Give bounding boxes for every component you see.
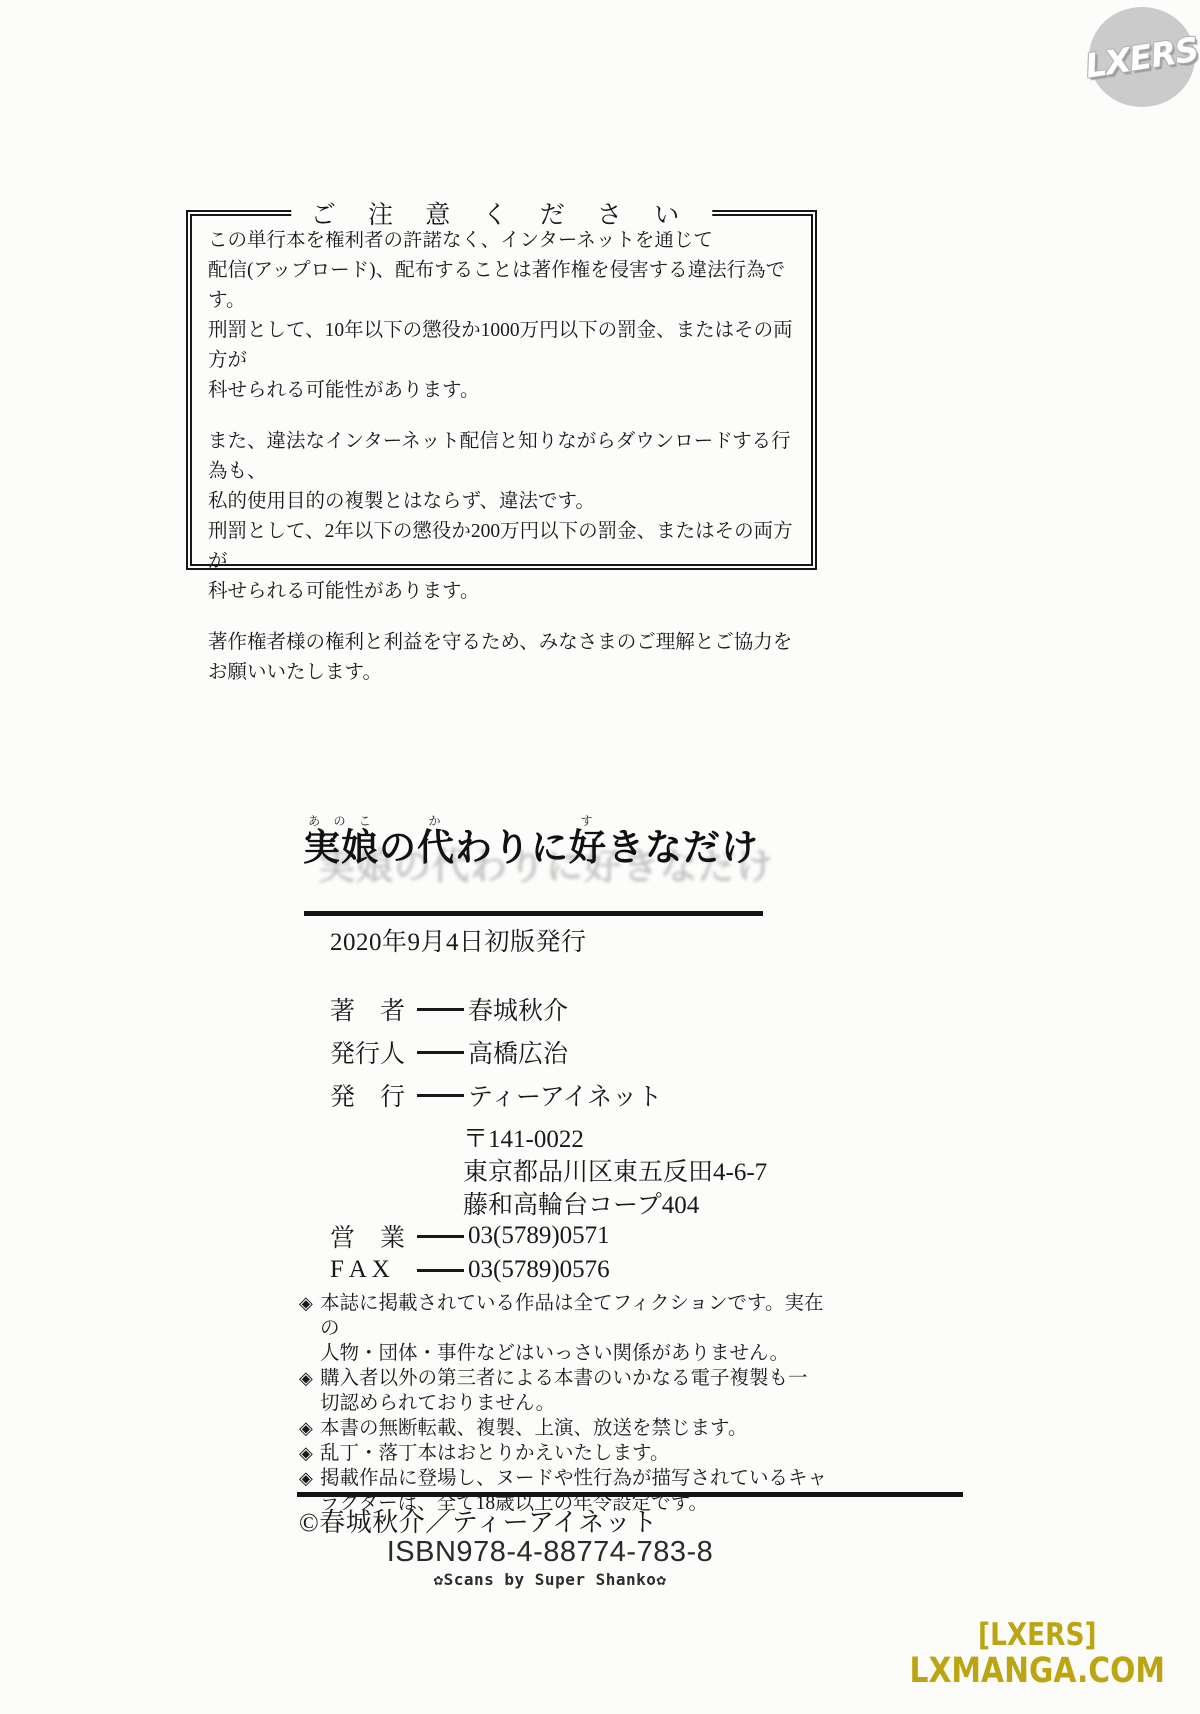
diamond-bullet-icon: ◈ (299, 1291, 313, 1316)
publisher-label: 発行人 (330, 1034, 408, 1070)
dash-rule (417, 1008, 464, 1011)
dash-rule (417, 1051, 464, 1054)
site-watermark-url: LXMANGA.COM (910, 1654, 1165, 1689)
site-watermark: [LXERS] LXMANGA.COM (887, 1620, 1188, 1689)
warning-paragraph-2: また、違法なインターネット配信と知りながらダウンロードする行為も、 私的使用目的… (208, 427, 795, 607)
lxers-logo-text: LXERS (1083, 29, 1200, 85)
title-segment: わりに (455, 826, 569, 869)
scans-credit: ✿Scans by Super Shanko✿ (310, 1570, 790, 1589)
fax-row: F A X 03(5789)0576 (330, 1256, 610, 1284)
note-item: ◈購入者以外の第三者による本書のいかなる電子複製も一 切認められておりません。 (299, 1366, 829, 1416)
dash-rule (417, 1235, 464, 1238)
sales-label: 営 業 (330, 1218, 408, 1254)
bottom-rule (297, 1492, 963, 1497)
title-segment: 実娘あのこ (303, 826, 379, 869)
title-segment: 代か (417, 826, 455, 869)
fax-value: 03(5789)0576 (468, 1256, 610, 1284)
title-segment: の (379, 826, 417, 869)
author-label: 著 者 (330, 991, 408, 1027)
diamond-bullet-icon: ◈ (299, 1441, 313, 1466)
warning-paragraph-1: この単行本を権利者の許諾なく、インターネットを通じて 配信(アップロード)、配布… (208, 226, 795, 406)
note-item: ◈本誌に掲載されている作品は全てフィクションです。実在の 人物・団体・事件などは… (299, 1291, 829, 1366)
publishing-value: ティーアイネット (468, 1077, 662, 1113)
publishing-house-row: 発 行 ティーアイネット (330, 1077, 662, 1113)
diamond-bullet-icon: ◈ (299, 1416, 313, 1441)
book-title: 実娘あのこの代かわりに好すきなだけ (303, 814, 759, 871)
copyright-line: ©春城秋介／ティーアイネット (299, 1502, 658, 1539)
diamond-bullet-icon: ◈ (299, 1366, 313, 1391)
title-segment: きなだけ (607, 826, 759, 869)
publisher-value: 高橋広治 (468, 1034, 568, 1070)
warning-box-title: ご 注 意 く だ さ い (291, 195, 713, 231)
isbn-number: ISBN978-4-88774-783-8 (310, 1536, 790, 1569)
copyright-warning-box: ご 注 意 く だ さ い この単行本を権利者の許諾なく、インターネットを通じて… (186, 210, 817, 570)
fax-label: F A X (330, 1256, 408, 1284)
postal-code: 〒141-0022 (463, 1119, 584, 1155)
title-underline-rule (304, 911, 763, 916)
warning-paragraph-3: 著作権者様の権利と利益を守るため、みなさまのご理解とご協力を お願いいたします。 (208, 628, 795, 688)
lxers-logo-stamp: LXERS (1089, 7, 1195, 107)
author-value: 春城秋介 (468, 991, 568, 1027)
publication-date: 2020年9月4日初版発行 (330, 922, 587, 958)
sales-value: 03(5789)0571 (468, 1222, 610, 1250)
dash-rule (417, 1269, 464, 1272)
site-watermark-tag: [LXERS] (910, 1620, 1165, 1651)
author-row: 著 者 春城秋介 (330, 991, 568, 1027)
publisher-row: 発行人 高橋広治 (330, 1034, 568, 1070)
colophon-page: LXERS ご 注 意 く だ さ い この単行本を権利者の許諾なく、インターネ… (0, 0, 1200, 1714)
address-line-1: 東京都品川区東五反田4-6-7 (463, 1152, 767, 1188)
note-item: ◈本書の無断転載、複製、上演、放送を禁じます。 (299, 1416, 829, 1441)
note-item: ◈乱丁・落丁本はおとりかえいたします。 (299, 1441, 829, 1466)
publishing-label: 発 行 (330, 1077, 408, 1113)
legal-notes-list: ◈本誌に掲載されている作品は全てフィクションです。実在の 人物・団体・事件などは… (299, 1291, 829, 1516)
sales-phone-row: 営 業 03(5789)0571 (330, 1218, 610, 1254)
diamond-bullet-icon: ◈ (299, 1466, 313, 1491)
title-segment: 好す (569, 826, 607, 869)
address-line-2: 藤和高輪台コープ404 (463, 1185, 699, 1221)
dash-rule (417, 1094, 464, 1097)
